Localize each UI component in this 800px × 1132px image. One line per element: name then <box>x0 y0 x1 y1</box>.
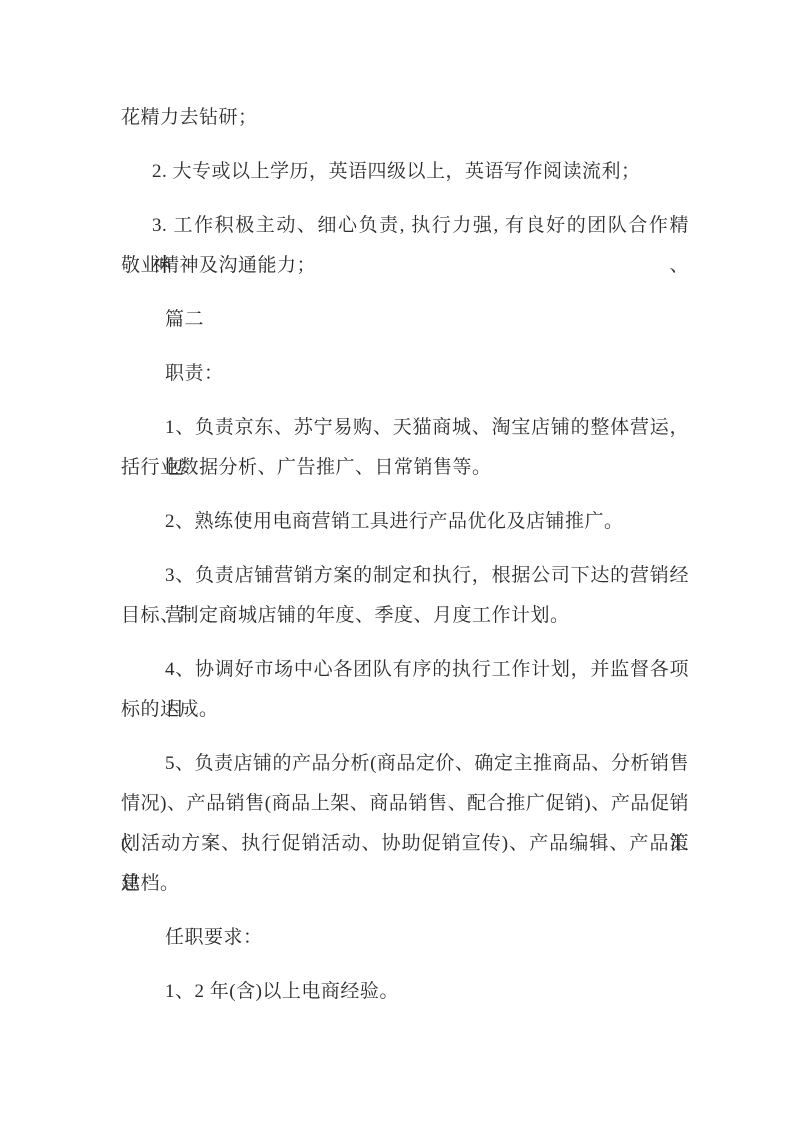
paragraph: 篇二 <box>121 300 689 340</box>
paragraph: 3、负责店铺营销方案的制定和执行，根据公司下达的营销经营目标、制定商城店铺的年度… <box>121 556 689 636</box>
paragraph: 2、熟练使用电商营销工具进行产品优化及店铺推广。 <box>121 502 689 542</box>
paragraph: 花精力去钻研； <box>121 98 689 138</box>
text-line: 目标、制定商城店铺的年度、季度、月度工作计划。 <box>121 596 689 636</box>
text-line: 1、负责京东、苏宁易购、天猫商城、淘宝店铺的整体营运，包 <box>121 408 689 448</box>
text-line: 职责： <box>121 354 689 394</box>
text-line: 情况)、产品销售(商品上架、商品销售、配合推广促销)、产品促销(策 <box>121 784 689 824</box>
paragraph: 1、2 年(含)以上电商经验。 <box>121 972 689 1012</box>
text-line: 2、熟练使用电商营销工具进行产品优化及店铺推广。 <box>121 502 689 542</box>
paragraph: 职责： <box>121 354 689 394</box>
text-line: 3. 工作积极主动、细心负责, 执行力强, 有良好的团队合作精神、 <box>121 206 689 246</box>
text-line: 花精力去钻研； <box>121 98 689 138</box>
paragraph: 任职要求： <box>121 918 689 958</box>
text-line: 2. 大专或以上学历，英语四级以上，英语写作阅读流利； <box>121 152 689 192</box>
text-line: 任职要求： <box>121 918 689 958</box>
paragraph: 5、负责店铺的产品分析(商品定价、确定主推商品、分析销售情况)、产品销售(商品上… <box>121 744 689 904</box>
text-line: 标的达成。 <box>121 690 689 730</box>
text-line: 1、2 年(含)以上电商经验。 <box>121 972 689 1012</box>
text-line: 划活动方案、执行促销活动、协助促销宣传)、产品编辑、产品汇总 <box>121 824 689 864</box>
paragraph: 2. 大专或以上学历，英语四级以上，英语写作阅读流利； <box>121 152 689 192</box>
text-line: 3、负责店铺营销方案的制定和执行，根据公司下达的营销经营 <box>121 556 689 596</box>
paragraph: 3. 工作积极主动、细心负责, 执行力强, 有良好的团队合作精神、敬业精神及沟通… <box>121 206 689 286</box>
paragraph: 4、协调好市场中心各团队有序的执行工作计划，并监督各项目标的达成。 <box>121 650 689 730</box>
text-line: 篇二 <box>121 300 689 340</box>
text-line: 括行业数据分析、广告推广、日常销售等。 <box>121 448 689 488</box>
document-body: 花精力去钻研；2. 大专或以上学历，英语四级以上，英语写作阅读流利；3. 工作积… <box>121 98 689 1026</box>
text-line: 4、协调好市场中心各团队有序的执行工作计划，并监督各项目 <box>121 650 689 690</box>
text-line: 5、负责店铺的产品分析(商品定价、确定主推商品、分析销售 <box>121 744 689 784</box>
paragraph: 1、负责京东、苏宁易购、天猫商城、淘宝店铺的整体营运，包括行业数据分析、广告推广… <box>121 408 689 488</box>
document-page: 花精力去钻研；2. 大专或以上学历，英语四级以上，英语写作阅读流利；3. 工作积… <box>0 0 800 1132</box>
text-line: 建档。 <box>121 864 689 904</box>
